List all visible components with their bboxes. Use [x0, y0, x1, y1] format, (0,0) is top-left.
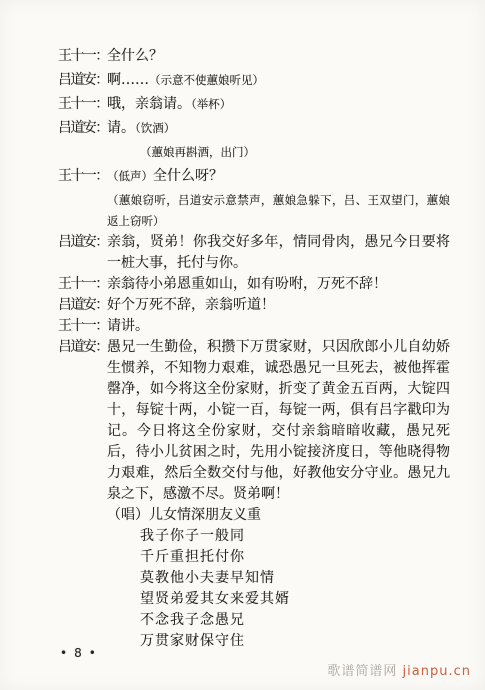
scanned-script-page: 王十一：全什么？吕道安：啊……（示意不使蕙娘听见）王十一：哦，亲翁请。（举杯）吕…	[0, 0, 485, 690]
script-text-block: 王十一：全什么？吕道安：啊……（示意不使蕙娘听见）王十一：哦，亲翁请。（举杯）吕…	[58, 46, 450, 652]
dialogue-line: 吕道安：啊……（示意不使蕙娘听见）	[58, 70, 450, 91]
line-text: （唱）儿女情深朋友义重	[107, 507, 261, 523]
stage-note: （举杯）	[191, 97, 231, 111]
line-text: 千斤重担托付你	[140, 549, 245, 565]
page-number: •8•	[60, 646, 103, 660]
watermark-site-url: jianpu.cn	[403, 664, 471, 679]
song-opening-line: （唱）儿女情深朋友义重	[58, 505, 450, 526]
speaker-name: 王十一：	[58, 166, 108, 187]
line-text: 不念我子念愚兄	[140, 612, 245, 628]
speaker-name: 王十一：	[58, 94, 108, 115]
line-text: 全什么呀？	[153, 168, 223, 184]
line-text: 好个万死不辞，亲翁听道！	[107, 297, 275, 313]
line-text: 我子你子一般同	[140, 528, 245, 544]
speaker-name: 吕道安：	[58, 118, 108, 139]
watermark-site-name: 歌谱简谱网	[327, 664, 397, 679]
stage-note: （示意不使蕙娘听见）	[149, 73, 264, 87]
dialogue-line: 王十一：全什么？	[58, 46, 450, 67]
lyric-line: 莫教他小夫妻早知情	[58, 568, 450, 589]
line-text: 亲翁，贤弟！你我交好多年，情同骨肉，愚兄今日要将一桩大事，托付与你。	[107, 234, 450, 271]
site-watermark: 歌谱简谱网 jianpu.cn	[327, 660, 471, 679]
stage-note: （低声）	[107, 169, 153, 183]
speaker-name: 王十一：	[58, 316, 108, 337]
line-text: 哦，亲翁请。	[107, 96, 191, 112]
speaker-name: 吕道安：	[58, 337, 108, 358]
dialogue-line: 吕道安：好个万死不辞，亲翁听道！	[58, 295, 450, 316]
line-text: 请讲。	[107, 318, 149, 334]
lyric-line: 万贯家财保守住	[58, 631, 450, 652]
line-text: 亲翁待小弟恩重如山，如有吩咐，万死不辞！	[107, 276, 387, 292]
lyric-line: 我子你子一般同	[58, 526, 450, 547]
line-text: 全什么？	[107, 48, 163, 64]
stage-direction: （蕙娘再斟酒，出门）	[58, 142, 450, 163]
line-text: 莫教他小夫妻早知情	[140, 570, 275, 586]
speaker-name: 王十一：	[58, 274, 108, 295]
lyric-line: 望贤弟爱其女来爱其婿	[58, 589, 450, 610]
line-text: 请。	[107, 120, 135, 136]
dialogue-line: 吕道安：愚兄一生勤俭，积攒下万贯家财，只因欣郎小儿自幼娇生惯养，不知物力艰难，诚…	[58, 337, 450, 505]
dialogue-line: 王十一：哦，亲翁请。（举杯）	[58, 94, 450, 115]
dialogue-line: 吕道安：请。（饮酒）	[58, 118, 450, 139]
dialogue-line: 王十一：亲翁待小弟恩重如山，如有吩咐，万死不辞！	[58, 274, 450, 295]
line-text: 愚兄一生勤俭，积攒下万贯家财，只因欣郎小儿自幼娇生惯养，不知物力艰难，诚恐愚兄一…	[107, 339, 450, 502]
stage-note: （饮酒）	[135, 121, 175, 135]
line-text: 啊……	[107, 72, 149, 88]
line-text: （蕙娘窃听，吕道安示意禁声，蕙娘急躲下，吕、王双望门，蕙娘返上窃听）	[107, 193, 450, 228]
dialogue-line: 王十一：请讲。	[58, 316, 450, 337]
speaker-name: 吕道安：	[58, 232, 108, 253]
speaker-name: 吕道安：	[58, 295, 108, 316]
line-text: 万贯家财保守住	[140, 633, 245, 649]
lyric-line: 千斤重担托付你	[58, 547, 450, 568]
line-text: 望贤弟爱其女来爱其婿	[140, 591, 290, 607]
dialogue-line: 王十一：（低声）全什么呀？	[58, 166, 450, 187]
lyric-line: 不念我子念愚兄	[58, 610, 450, 631]
speaker-name: 王十一：	[58, 46, 108, 67]
speaker-name: 吕道安：	[58, 70, 108, 91]
stage-direction: （蕙娘窃听，吕道安示意禁声，蕙娘急躲下，吕、王双望门，蕙娘返上窃听）	[58, 190, 450, 232]
line-text: （蕙娘再斟酒，出门）	[140, 145, 255, 159]
dialogue-line: 吕道安：亲翁，贤弟！你我交好多年，情同骨肉，愚兄今日要将一桩大事，托付与你。	[58, 232, 450, 274]
